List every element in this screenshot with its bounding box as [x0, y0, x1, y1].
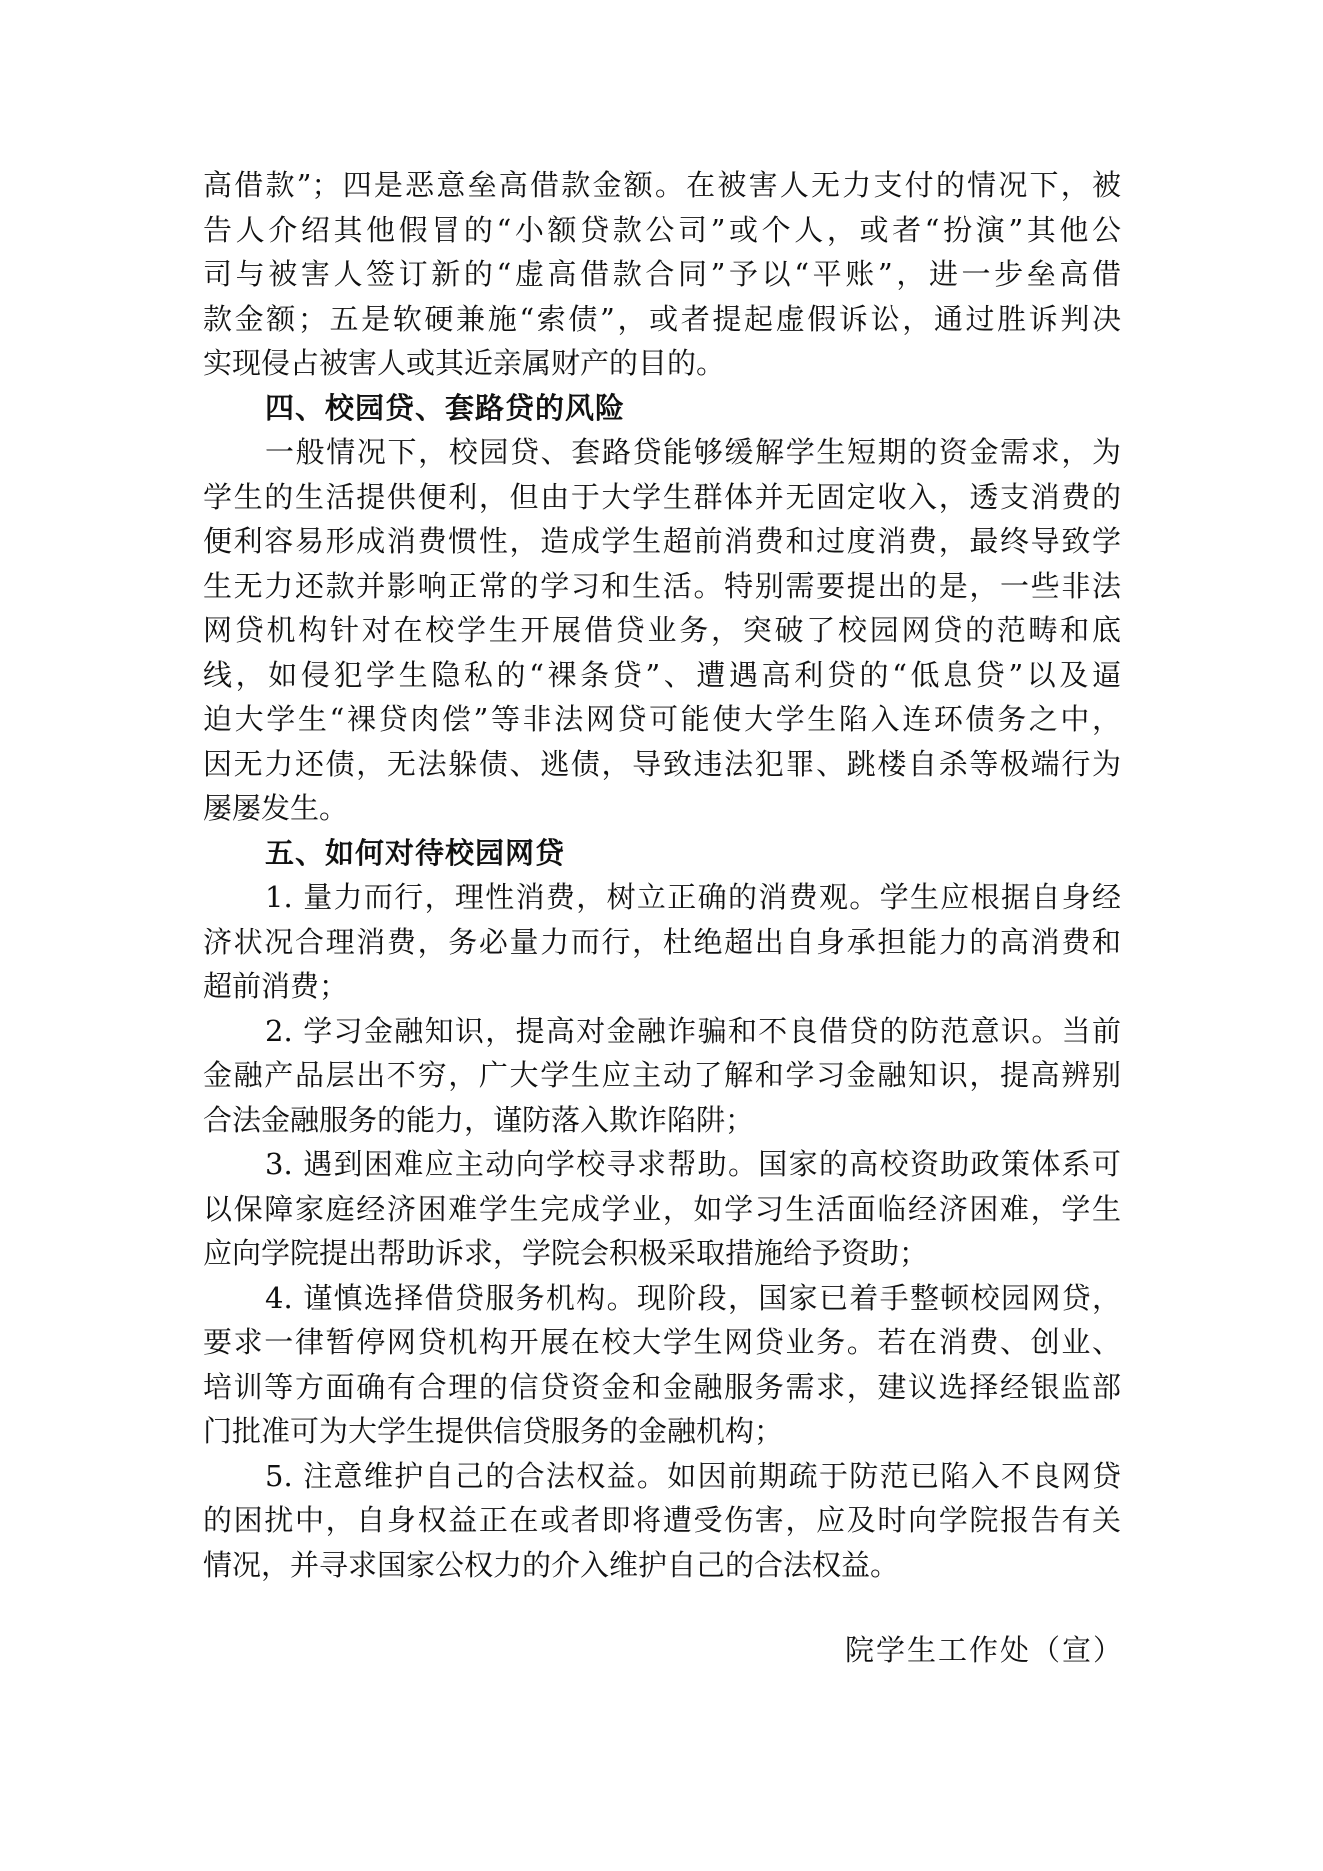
- text-line: 3. 遇到困难应主动向学校寻求帮助。国家的高校资助政策体系可: [203, 1142, 1121, 1187]
- paragraph-risks: 一般情况下，校园贷、套路贷能够缓解学生短期的资金需求，为 学生的生活提供便利，但…: [203, 430, 1121, 831]
- text-line: 以保障家庭经济困难学生完成学业，如学习生活面临经济困难，学生: [203, 1187, 1121, 1232]
- document-page: 高借款”；四是恶意垒高借款金额。在被害人无力支付的情况下，被 告人介绍其他假冒的…: [0, 0, 1323, 1871]
- document-body: 高借款”；四是恶意垒高借款金额。在被害人无力支付的情况下，被 告人介绍其他假冒的…: [203, 163, 1121, 1587]
- text-line: 一般情况下，校园贷、套路贷能够缓解学生短期的资金需求，为: [203, 430, 1121, 475]
- text-line: 便利容易形成消费惯性，造成学生超前消费和过度消费，最终导致学: [203, 519, 1121, 564]
- text-line: 培训等方面确有合理的信贷资金和金融服务需求，建议选择经银监部: [203, 1365, 1121, 1410]
- list-item-3: 3. 遇到困难应主动向学校寻求帮助。国家的高校资助政策体系可 以保障家庭经济困难…: [203, 1142, 1121, 1276]
- text-line: 网贷机构针对在校学生开展借贷业务，突破了校园网贷的范畴和底: [203, 608, 1121, 653]
- list-item-1: 1. 量力而行，理性消费，树立正确的消费观。学生应根据自身经 济状况合理消费，务…: [203, 875, 1121, 1009]
- text-line: 情况，并寻求国家公权力的介入维护自己的合法权益。: [203, 1543, 1121, 1588]
- text-line: 学生的生活提供便利，但由于大学生群体并无固定收入，透支消费的: [203, 475, 1121, 520]
- text-line: 迫大学生“裸贷肉偿”等非法网贷可能使大学生陷入连环债务之中，: [203, 697, 1121, 742]
- list-item-4: 4. 谨慎选择借贷服务机构。现阶段，国家已着手整顿校园网贷， 要求一律暂停网贷机…: [203, 1276, 1121, 1454]
- text-line: 生无力还款并影响正常的学习和生活。特别需要提出的是，一些非法: [203, 564, 1121, 609]
- list-item-2: 2. 学习金融知识，提高对金融诈骗和不良借贷的防范意识。当前 金融产品层出不穷，…: [203, 1009, 1121, 1143]
- text-line: 要求一律暂停网贷机构开展在校大学生网贷业务。若在消费、创业、: [203, 1320, 1121, 1365]
- text-line: 2. 学习金融知识，提高对金融诈骗和不良借贷的防范意识。当前: [203, 1009, 1121, 1054]
- text-line: 司与被害人签订新的“虚高借款合同”予以“平账”，进一步垒高借: [203, 252, 1121, 297]
- text-line: 告人介绍其他假冒的“小额贷款公司”或个人，或者“扮演”其他公: [203, 208, 1121, 253]
- text-line: 门批准可为大学生提供信贷服务的金融机构；: [203, 1409, 1121, 1454]
- text-line: 屡屡发生。: [203, 786, 1121, 831]
- section-heading-risks: 四、校园贷、套路贷的风险: [203, 386, 1121, 431]
- text-line: 4. 谨慎选择借贷服务机构。现阶段，国家已着手整顿校园网贷，: [203, 1276, 1121, 1321]
- text-line: 实现侵占被害人或其近亲属财产的目的。: [203, 341, 1121, 386]
- text-line: 金融产品层出不穷，广大学生应主动了解和学习金融知识，提高辨别: [203, 1053, 1121, 1098]
- text-line: 的困扰中，自身权益正在或者即将遭受伤害，应及时向学院报告有关: [203, 1498, 1121, 1543]
- text-line: 应向学院提出帮助诉求，学院会积极采取措施给予资助；: [203, 1231, 1121, 1276]
- section-heading-how-to-handle: 五、如何对待校园网贷: [203, 831, 1121, 876]
- paragraph-continuation: 高借款”；四是恶意垒高借款金额。在被害人无力支付的情况下，被 告人介绍其他假冒的…: [203, 163, 1121, 386]
- text-line: 超前消费；: [203, 964, 1121, 1009]
- text-line: 1. 量力而行，理性消费，树立正确的消费观。学生应根据自身经: [203, 875, 1121, 920]
- signature: 院学生工作处（宣）: [845, 1628, 1124, 1673]
- text-line: 高借款”；四是恶意垒高借款金额。在被害人无力支付的情况下，被: [203, 163, 1121, 208]
- list-item-5: 5. 注意维护自己的合法权益。如因前期疏于防范已陷入不良网贷 的困扰中，自身权益…: [203, 1454, 1121, 1588]
- text-line: 5. 注意维护自己的合法权益。如因前期疏于防范已陷入不良网贷: [203, 1454, 1121, 1499]
- text-line: 因无力还债，无法躲债、逃债，导致违法犯罪、跳楼自杀等极端行为: [203, 742, 1121, 787]
- text-line: 款金额；五是软硬兼施“索债”，或者提起虚假诉讼，通过胜诉判决: [203, 297, 1121, 342]
- text-line: 济状况合理消费，务必量力而行，杜绝超出自身承担能力的高消费和: [203, 920, 1121, 965]
- text-line: 线，如侵犯学生隐私的“裸条贷”、遭遇高利贷的“低息贷”以及逼: [203, 653, 1121, 698]
- text-line: 合法金融服务的能力，谨防落入欺诈陷阱；: [203, 1098, 1121, 1143]
